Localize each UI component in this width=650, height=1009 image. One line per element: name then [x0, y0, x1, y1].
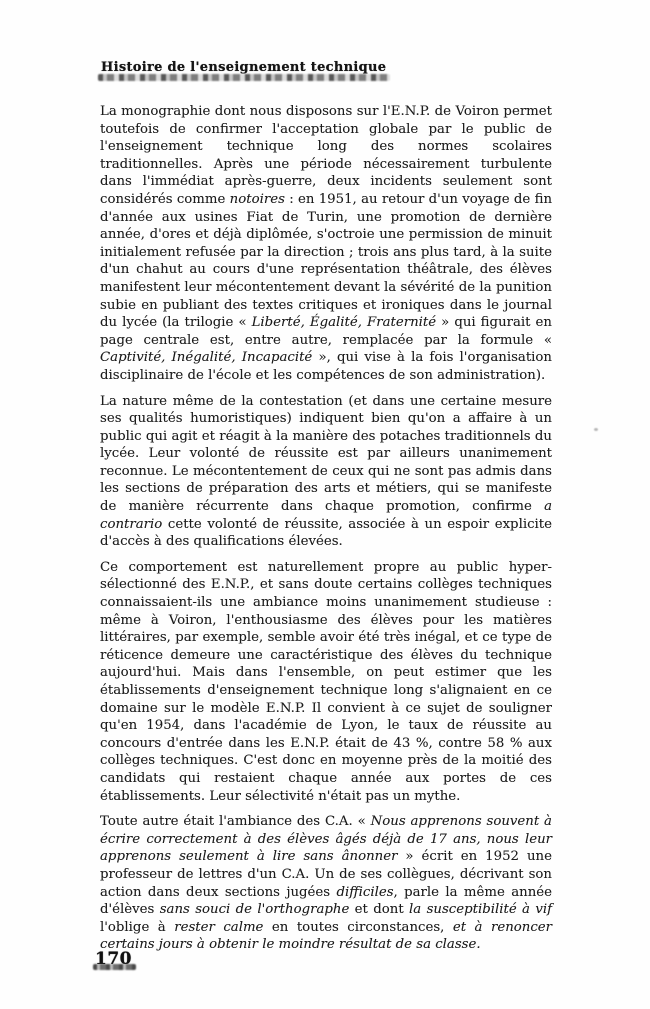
- scan-speck: [594, 428, 598, 431]
- paragraph: La monographie dont nous disposons sur l…: [100, 103, 552, 385]
- paragraph: La nature même de la contestation (et da…: [100, 393, 552, 551]
- text-run: La nature même de la contestation (et da…: [100, 394, 552, 515]
- text-block: La monographie dont nous disposons sur l…: [100, 103, 552, 954]
- page-number-smudge: [93, 964, 136, 970]
- text-run: et dont: [349, 902, 409, 917]
- text-run: Ce comportement est naturellement propre…: [100, 560, 552, 804]
- italic-run: Captivité, Inégalité, Incapacité: [100, 350, 312, 365]
- italic-run: Liberté, Égalité, Fraternité: [252, 315, 437, 330]
- paragraph: Ce comportement est naturellement propre…: [100, 559, 552, 805]
- text-run: : en 1951, au retour d'un voyage de fin …: [100, 192, 552, 330]
- italic-run: notoires: [230, 192, 285, 207]
- page-number: 170: [95, 949, 132, 969]
- header-underline-smudge: [98, 74, 390, 81]
- italic-run: difficiles: [336, 885, 393, 900]
- paragraph: Toute autre était l'ambiance des C.A. « …: [100, 813, 552, 954]
- text-run: cette volonté de réussite, associée à un…: [100, 517, 552, 550]
- running-header-title: Histoire de l'enseignement technique: [101, 60, 386, 75]
- text-run: l'oblige à: [100, 920, 174, 935]
- text-run: en toutes circonstances,: [263, 920, 452, 935]
- italic-run: la susceptibilité à vif: [409, 902, 552, 917]
- running-header: Histoire de l'enseignement technique: [101, 60, 386, 75]
- text-run: Toute autre était l'ambiance des C.A. «: [100, 814, 371, 829]
- book-page: Histoire de l'enseignement technique La …: [0, 0, 650, 1009]
- italic-run: rester calme: [174, 920, 263, 935]
- italic-run: sans souci de l'orthographe: [160, 902, 350, 917]
